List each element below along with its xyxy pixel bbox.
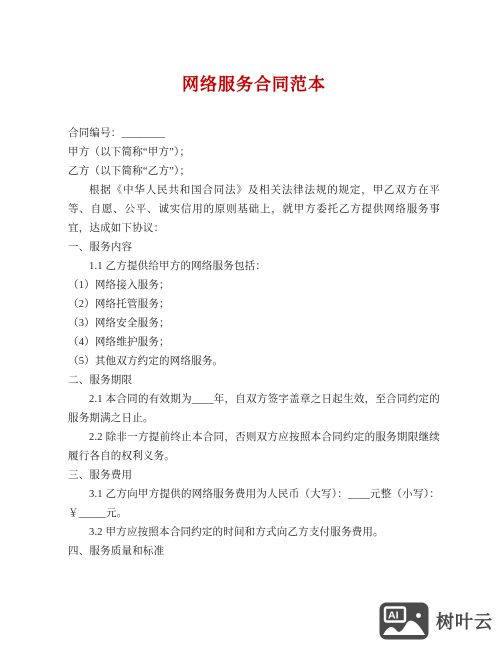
clause-1-1: 1.1 乙方提供给甲方的网络服务包括： xyxy=(68,257,440,276)
contract-document: 网络服务合同范本 合同编号：________ 甲方（以下简称“甲方”）； 乙方（… xyxy=(0,0,500,561)
heading-section-4: 四、服务质量和标准 xyxy=(68,542,440,561)
item-service-1: （1）网络接入服务； xyxy=(68,276,440,295)
heading-section-1: 一、服务内容 xyxy=(68,238,440,257)
clause-3-1: 3.1 乙方向甲方提供的网络服务费用为人民币（大写）：____元整（小写）：￥_… xyxy=(68,485,440,523)
line-party-a: 甲方（以下简称“甲方”）； xyxy=(68,143,440,162)
item-service-4: （4）网络维护服务； xyxy=(68,333,440,352)
shuyeyun-watermark: AI 树叶云 xyxy=(379,602,493,640)
line-party-b: 乙方（以下简称“乙方”）； xyxy=(68,162,440,181)
item-service-5: （5）其他双方约定的网络服务。 xyxy=(68,352,440,371)
ai-image-icon: AI xyxy=(379,602,429,640)
heading-section-3: 三、服务费用 xyxy=(68,466,440,485)
line-contract-number: 合同编号：________ xyxy=(68,124,440,143)
item-service-2: （2）网络托管服务； xyxy=(68,295,440,314)
clause-2-2: 2.2 除非一方提前终止本合同，否则双方应按照本合同约定的服务期限继续履行各自的… xyxy=(68,428,440,466)
paragraph-preamble: 根据《中华人民共和国合同法》及相关法律法规的规定，甲乙双方在平等、自愿、公平、诚… xyxy=(68,181,440,238)
heading-section-2: 二、服务期限 xyxy=(68,371,440,390)
clause-3-2: 3.2 甲方应按照本合同约定的时间和方式向乙方支付服务费用。 xyxy=(68,523,440,542)
watermark-brand-text: 树叶云 xyxy=(436,608,493,634)
clause-2-1: 2.1 本合同的有效期为____年，自双方签字盖章之日起生效，至合同约定的服务期… xyxy=(68,390,440,428)
item-service-3: （3）网络安全服务； xyxy=(68,314,440,333)
page-title: 网络服务合同范本 xyxy=(68,74,440,96)
ai-icon-label: AI xyxy=(388,610,399,622)
